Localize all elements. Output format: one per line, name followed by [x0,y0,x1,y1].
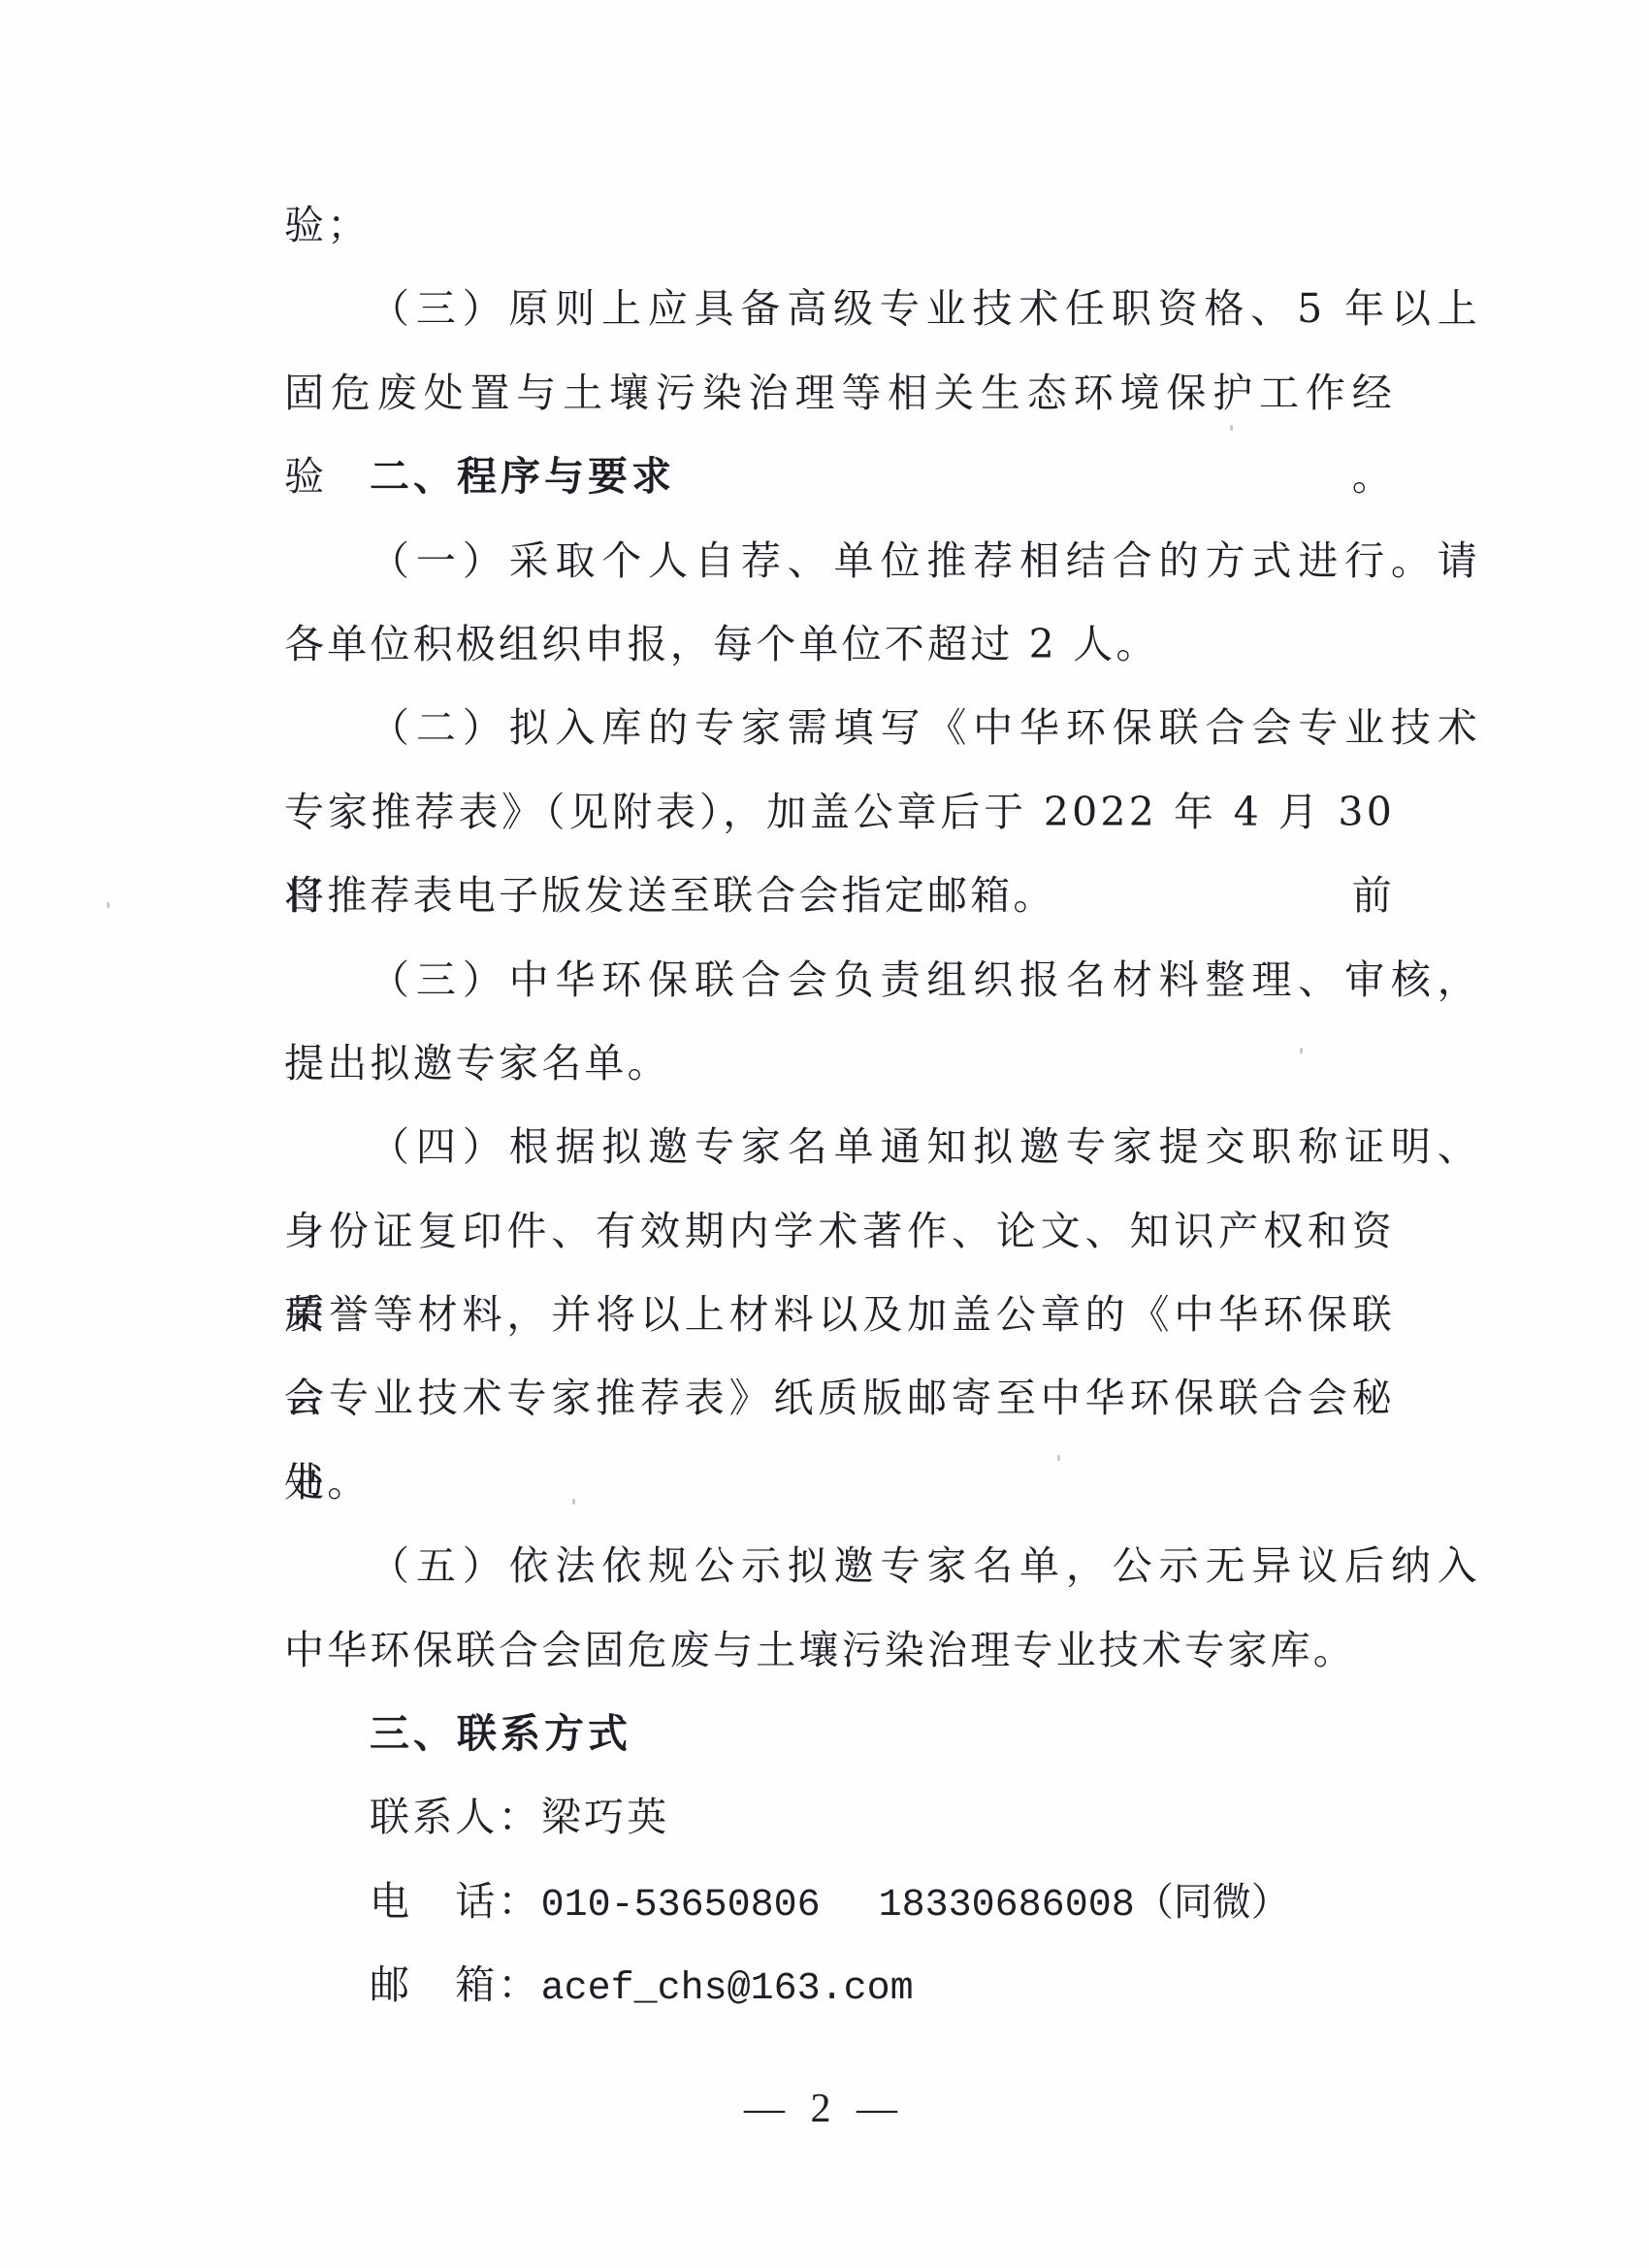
procedure-item-4-line-1: （四）根据拟邀专家名单通知拟邀专家提交职称证明、 [284,1105,1480,1188]
procedure-item-1-line-1: （一）采取个人自荐、单位推荐相结合的方式进行。请 [284,519,1480,602]
phone-label-char-2: 话： [455,1860,540,1943]
section-heading-contact: 三、联系方式 [284,1692,1400,1775]
scan-speck [1230,425,1233,431]
paragraph-continuation: 验； [284,183,1400,267]
scan-speck [107,902,110,908]
procedure-item-2-line-1: （二）拟入库的专家需填写《中华环保联合会专业技术 [284,686,1480,769]
procedure-item-4-line-4: 会专业技术专家推荐表》纸质版邮寄至中华环保联合会秘书 [284,1356,1395,1440]
procedure-item-3-line-1: （三）中华环保联合会负责组织报名材料整理、审核， [284,938,1480,1021]
procedure-item-4-line-5: 处。 [284,1441,1400,1524]
procedure-item-5-line-2: 中华环保联合会固危废与土壤污染治理专业技术专家库。 [284,1608,1400,1692]
procedure-item-4-line-2: 身份证复印件、有效期内学术著作、论文、知识产权和资质 [284,1189,1395,1273]
procedure-item-5-line-1: （五）依法依规公示拟邀专家名单，公示无异议后纳入 [284,1524,1480,1607]
procedure-item-3-line-2: 提出拟邀专家名单。 [284,1021,1400,1105]
criteria-item-3-line-1: （三）原则上应具备高级专业技术任职资格、5 年以上 [284,267,1480,350]
phone-mobile[interactable]: 18330686008（同微） [879,1884,1290,1928]
email-row: 邮箱：acef_chs@163.com [284,1943,1400,2026]
contact-person-row: 联系人：梁巧英 [284,1775,1400,1859]
email-label-char-2: 箱： [455,1943,540,2026]
scan-speck [1057,1455,1060,1461]
procedure-item-4-line-3: 荣誉等材料，并将以上材料以及加盖公章的《中华环保联合 [284,1273,1395,1356]
criteria-item-3-line-2: 固危废处置与土壤污染治理等相关生态环境保护工作经验。 [284,351,1395,435]
email-address[interactable]: acef_chs@163.com [541,1967,914,2011]
phone-row: 电话：010-5365080618330686008（同微） [284,1860,1400,1943]
document-page: 验； （三）原则上应具备高级专业技术任职资格、5 年以上 固危废处置与土壤污染治… [0,0,1649,2268]
contact-person-label: 联系人： [370,1794,541,1840]
email-label-char-1: 邮 [370,1943,412,2026]
scan-speck [572,1499,575,1505]
scan-speck [1300,1048,1303,1053]
document-body: 验； （三）原则上应具备高级专业技术任职资格、5 年以上 固危废处置与土壤污染治… [284,183,1400,2027]
procedure-item-1-line-2: 各单位积极组织申报，每个单位不超过 2 人。 [284,602,1400,686]
contact-person-name: 梁巧英 [541,1794,670,1840]
page-number: — 2 — [0,2086,1649,2132]
procedure-item-2-line-2: 专家推荐表》（见附表），加盖公章后于 2022 年 4 月 30 日前 [284,770,1395,854]
phone-label-char-1: 电 [370,1860,412,1943]
phone-landline[interactable]: 010-53650806 [541,1884,821,1928]
